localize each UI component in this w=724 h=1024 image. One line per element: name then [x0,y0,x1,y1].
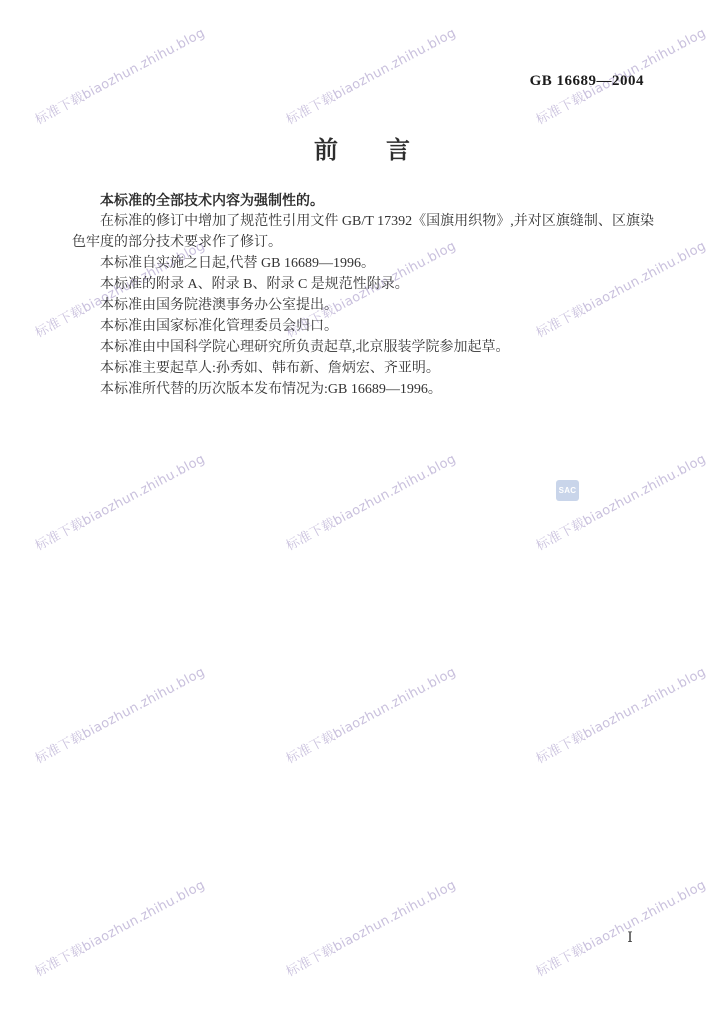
page-number: Ⅰ [620,930,640,947]
watermark-text: 标准下载biaozhun.zhihu.blog [31,22,207,128]
watermark-text: 标准下载biaozhun.zhihu.blog [282,874,458,980]
foreword-paragraph: 本标准主要起草人:孙秀如、韩布新、詹炳宏、齐亚明。 [72,358,654,379]
watermark-text: 标准下载biaozhun.zhihu.blog [31,448,207,554]
foreword-paragraph: 本标准自实施之日起,代替 GB 16689—1996。 [72,253,654,274]
foreword-paragraph: 本标准由中国科学院心理研究所负责起草,北京服装学院参加起草。 [72,337,654,358]
foreword-paragraph: 本标准由国家标准化管理委员会归口。 [72,316,654,337]
sac-logo-watermark: SAC [556,480,579,501]
watermark-text: 标准下载biaozhun.zhihu.blog [282,661,458,767]
foreword-paragraph: 本标准由国务院港澳事务办公室提出。 [72,295,654,316]
standard-code: GB 16689—2004 [530,73,644,90]
document-page: 标准下载biaozhun.zhihu.blog标准下载biaozhun.zhih… [0,0,724,1024]
foreword-paragraph: 本标准的全部技术内容为强制性的。 [72,190,654,211]
watermark-text: 标准下载biaozhun.zhihu.blog [532,448,708,554]
foreword-paragraph: 本标准所代替的历次版本发布情况为:GB 16689—1996。 [72,379,654,400]
watermark-text: 标准下载biaozhun.zhihu.blog [282,22,458,128]
watermark-text: 标准下载biaozhun.zhihu.blog [532,874,708,980]
watermark-text: 标准下载biaozhun.zhihu.blog [31,661,207,767]
foreword-paragraph: 在标准的修订中增加了规范性引用文件 GB/T 17392《国旗用织物》,并对区旗… [72,211,654,253]
watermark-text: 标准下载biaozhun.zhihu.blog [532,661,708,767]
watermark-text: 标准下载biaozhun.zhihu.blog [282,448,458,554]
watermark-text: 标准下载biaozhun.zhihu.blog [31,874,207,980]
page-title: 前 言 [0,130,724,165]
foreword-body: 本标准的全部技术内容为强制性的。 在标准的修订中增加了规范性引用文件 GB/T … [72,190,654,400]
foreword-paragraph: 本标准的附录 A、附录 B、附录 C 是规范性附录。 [72,274,654,295]
